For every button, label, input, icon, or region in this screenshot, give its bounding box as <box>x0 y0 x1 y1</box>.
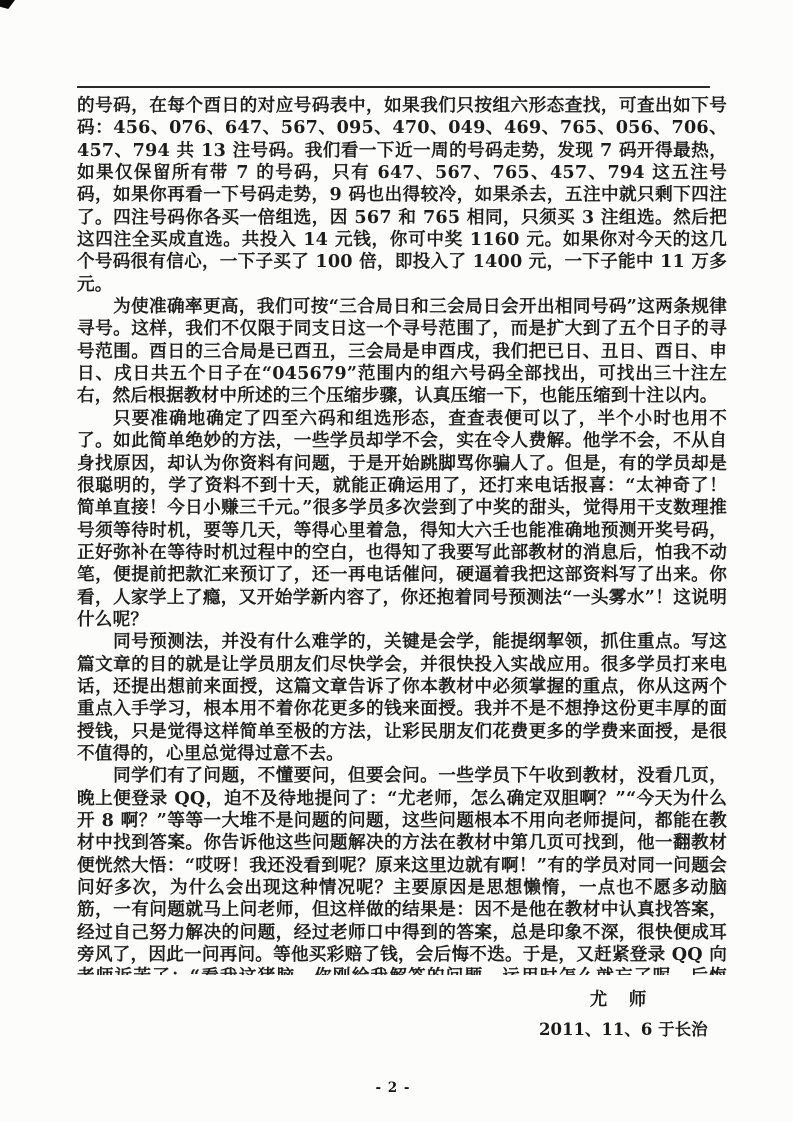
author-signature: 尤 师 <box>539 986 699 1011</box>
scanned-document-page: 的号码，在每个酉日的对应号码表中，如果我们只按组六形态查找，可查出如下号码：45… <box>0 0 793 1122</box>
document-body: 的号码，在每个酉日的对应号码表中，如果我们只按组六形态查找，可查出如下号码：45… <box>77 95 727 975</box>
page-number: - 2 - <box>0 1080 786 1096</box>
body-paragraph: 同学们有了问题，不懂要问，但要会问。一些学员下午收到教材，没看几页，晚上便登录 … <box>77 765 727 975</box>
body-paragraph: 的号码，在每个酉日的对应号码表中，如果我们只按组六形态查找，可查出如下号码：45… <box>77 95 727 296</box>
body-paragraph: 同号预测法，并没有什么难学的，关键是会学，能提纲挈领，抓住重点。写这篇文章的目的… <box>77 631 727 765</box>
body-paragraph: 只要准确地确定了四至六码和组选形态，查查表便可以了，半个小时也用不了。如此简单绝… <box>77 408 727 631</box>
signature-block: 尤 师 2011、11、6 于长治 <box>539 986 699 1040</box>
dateline: 2011、11、6 于长治 <box>539 1016 699 1040</box>
header-rule <box>77 86 710 88</box>
body-paragraph: 为使准确率更高，我们可按“三合局日和三会局日会开出相同号码”这两条规律寻号。这样… <box>77 296 727 408</box>
scan-artifact <box>0 0 15 9</box>
